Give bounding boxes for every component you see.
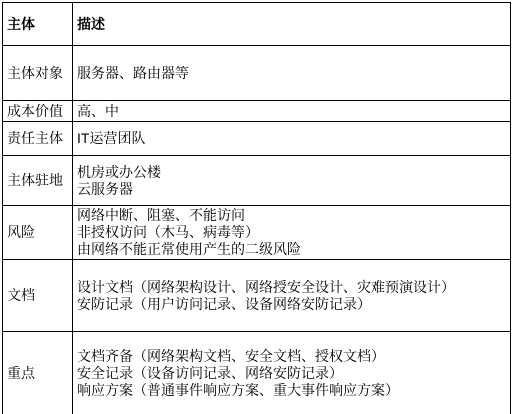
row-label-cell: 责任主体 bbox=[3, 122, 73, 156]
desc-line: 非授权访问（木马、病毒等） bbox=[77, 224, 506, 241]
row-label-cell: 主体对象 bbox=[3, 46, 73, 101]
desc-line: 由网络不能正常使用产生的二级风险 bbox=[77, 241, 506, 258]
header-subject: 主体 bbox=[3, 3, 73, 46]
desc-line: 文档齐备（网络架构文档、安全文档、授权文档） bbox=[77, 348, 506, 365]
table-row: 主体对象 服务器、路由器等 bbox=[3, 46, 511, 101]
row-desc-cell: 网络中断、阻塞、不能访问 非授权访问（木马、病毒等） 由网络不能正常使用产生的二… bbox=[73, 206, 511, 260]
row-label-cell: 重点 bbox=[3, 332, 73, 414]
row-label-cell: 文档 bbox=[3, 260, 73, 332]
table-header-row: 主体 描述 bbox=[3, 3, 511, 46]
table-row: 责任主体 IT运营团队 bbox=[3, 122, 511, 156]
row-desc-cell: IT运营团队 bbox=[73, 122, 511, 156]
table-row: 主体驻地 机房或办公楼 云服务器 bbox=[3, 156, 511, 206]
row-label-cell: 风险 bbox=[3, 206, 73, 260]
desc-line: 安防记录（用户访问记录、设备网络安防记录） bbox=[77, 296, 506, 313]
desc-line: 服务器、路由器等 bbox=[77, 65, 506, 82]
row-desc-cell: 机房或办公楼 云服务器 bbox=[73, 156, 511, 206]
desc-line: 网络中断、阻塞、不能访问 bbox=[77, 207, 506, 224]
row-desc-cell: 文档齐备（网络架构文档、安全文档、授权文档） 安全记录（设备访问记录、网络安防记… bbox=[73, 332, 511, 414]
row-label-cell: 主体驻地 bbox=[3, 156, 73, 206]
table-row: 文档 设计文档（网络架构设计、网络授安全设计、灾难预演设计） 安防记录（用户访问… bbox=[3, 260, 511, 332]
row-desc-cell: 服务器、路由器等 bbox=[73, 46, 511, 101]
desc-line: 云服务器 bbox=[77, 181, 506, 198]
table-row: 风险 网络中断、阻塞、不能访问 非授权访问（木马、病毒等） 由网络不能正常使用产… bbox=[3, 206, 511, 260]
row-label-cell: 成本价值 bbox=[3, 101, 73, 122]
table-row: 成本价值 高、中 bbox=[3, 101, 511, 122]
desc-line: 安全记录（设备访问记录、网络安防记录） bbox=[77, 365, 506, 382]
desc-line: 响应方案（普通事件响应方案、重大事件响应方案） bbox=[77, 382, 506, 399]
header-description: 描述 bbox=[73, 3, 511, 46]
desc-line: 机房或办公楼 bbox=[77, 164, 506, 181]
table-row: 重点 文档齐备（网络架构文档、安全文档、授权文档） 安全记录（设备访问记录、网络… bbox=[3, 332, 511, 414]
row-desc-cell: 高、中 bbox=[73, 101, 511, 122]
desc-line: 高、中 bbox=[77, 103, 506, 120]
desc-line: 设计文档（网络架构设计、网络授安全设计、灾难预演设计） bbox=[77, 279, 506, 296]
desc-line: IT运营团队 bbox=[77, 130, 506, 147]
subject-description-table: 主体 描述 主体对象 服务器、路由器等 成本价值 高、中 责任主体 IT运营团队… bbox=[2, 2, 511, 414]
row-desc-cell: 设计文档（网络架构设计、网络授安全设计、灾难预演设计） 安防记录（用户访问记录、… bbox=[73, 260, 511, 332]
document-page: 主体 描述 主体对象 服务器、路由器等 成本价值 高、中 责任主体 IT运营团队… bbox=[0, 0, 512, 414]
